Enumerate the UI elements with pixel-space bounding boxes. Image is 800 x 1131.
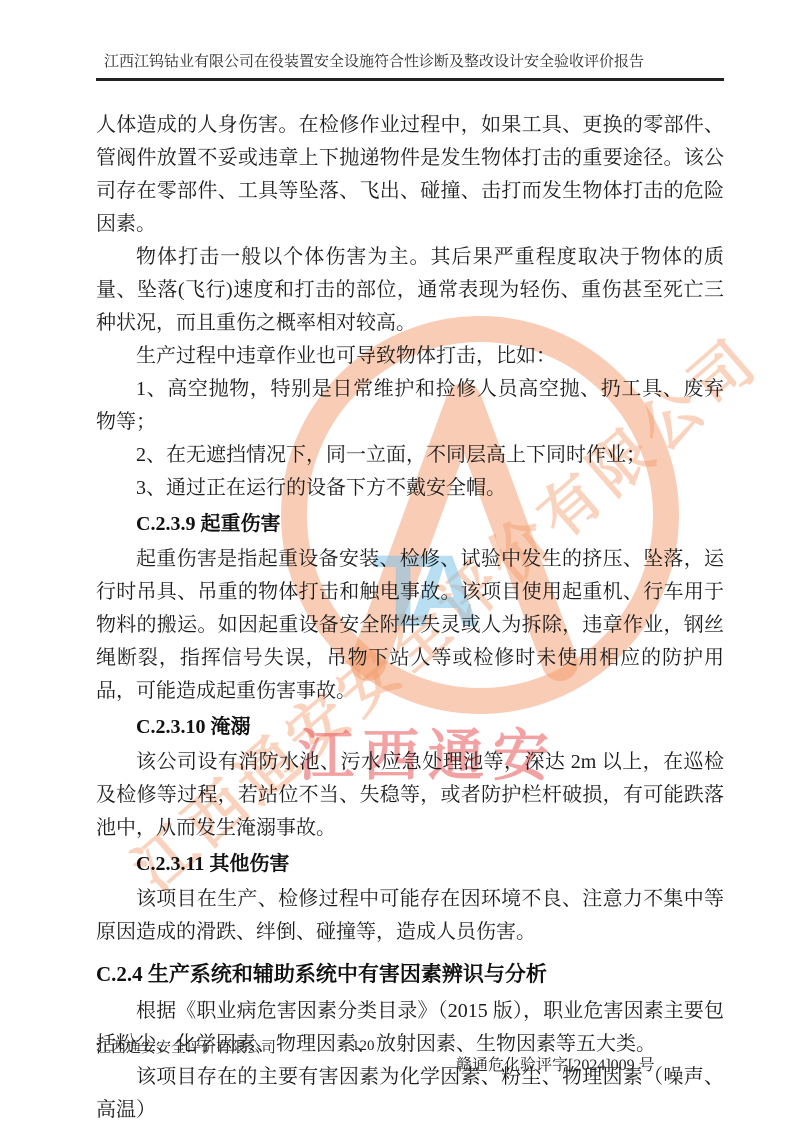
report-page: 江西通安安全评价有限公司 TA 江西通安 江西江钨钴业有限公司在役装置安全设施符…: [0, 0, 800, 1131]
footer-company-name: 江西通安安全评价有限公司: [96, 1036, 276, 1057]
paragraph: 物体打击一般以个体伤害为主。其后果严重程度取决于物体的质量、坠落(飞行)速度和打…: [96, 241, 724, 340]
report-title: 江西江钨钴业有限公司在役装置安全设施符合性诊断及整改设计安全验收评价报告: [104, 54, 644, 70]
footer-page-number: 120: [352, 1038, 375, 1055]
paragraph: 2、在无遮挡情况下，同一立面，不同层高上下同时作业；: [96, 439, 724, 472]
footer-doc-number: 赣通危化验评字[2024]009 号: [456, 1052, 655, 1075]
paragraph: 该公司设有消防水池、污水应急处理池等，深达 2m 以上，在巡检及检修等过程，若站…: [96, 746, 724, 845]
section-heading: C.2.3.9 起重伤害: [96, 508, 724, 541]
paragraph: 3、通过正在运行的设备下方不戴安全帽。: [96, 472, 724, 505]
section-heading: C.2.3.10 淹溺: [96, 711, 724, 744]
section-heading: C.2.3.11 其他伤害: [96, 848, 724, 881]
paragraph: 起重伤害是指起重设备安装、检修、试验中发生的挤压、坠落，运行时吊具、吊重的物体打…: [96, 543, 724, 708]
paragraph: 人体造成的人身伤害。在检修作业过程中，如果工具、更换的零部件、管阀件放置不妥或违…: [96, 109, 724, 241]
paragraph: 生产过程中违章作业也可导致物体打击，比如：: [96, 340, 724, 373]
paragraph: 该项目在生产、检修过程中可能存在因环境不良、注意力不集中等原因造成的滑跌、绊倒、…: [96, 883, 724, 949]
page-content: 江西江钨钴业有限公司在役装置安全设施符合性诊断及整改设计安全验收评价报告 人体造…: [96, 48, 724, 1127]
page-header: 江西江钨钴业有限公司在役装置安全设施符合性诊断及整改设计安全验收评价报告: [96, 48, 724, 81]
paragraph: 1、高空抛物，特别是日常维护和捡修人员高空抛、扔工具、废弃物等；: [96, 373, 724, 439]
section-heading: C.2.4 生产系统和辅助系统中有害因素辨识与分析: [96, 959, 724, 989]
document-body: 人体造成的人身伤害。在检修作业过程中，如果工具、更换的零部件、管阀件放置不妥或违…: [96, 109, 724, 1127]
